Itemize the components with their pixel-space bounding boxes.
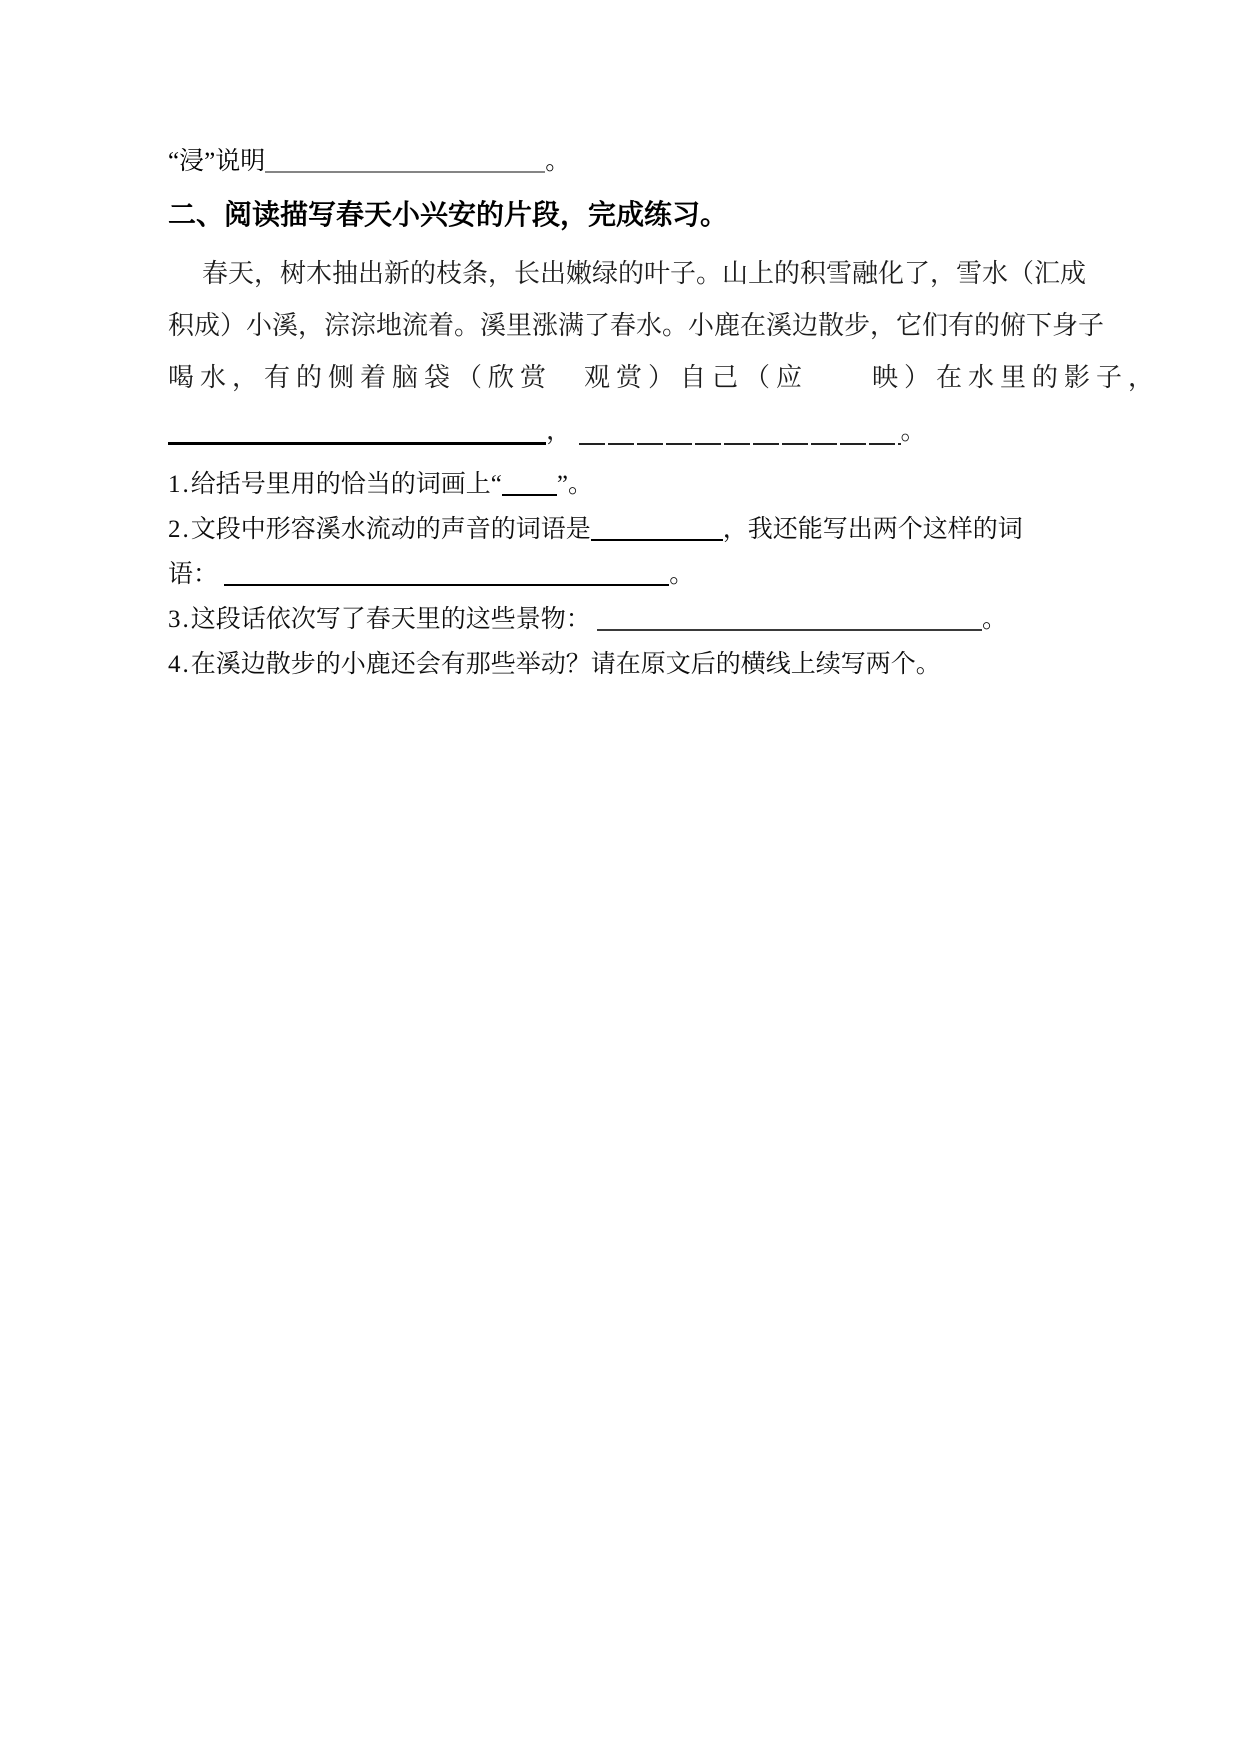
question-3: 3.这段话依次写了春天里的这些景物： 。	[168, 597, 1073, 642]
passage-line-1: 春天，树木抽出新的枝条，长出嫩绿的叶子。山上的积雪融化了，雪水（汇成	[168, 248, 1073, 300]
question-2-continued: 语： 。	[168, 552, 1073, 597]
question-2-text-after: ，我还能写出两个这样的词	[723, 516, 1023, 543]
question-4-text: 在溪边散步的小鹿还会有那些举动？请在原文后的横线上续写两个。	[191, 651, 941, 678]
question-3-blank	[597, 629, 982, 631]
section-heading: 二、阅读描写春天小兴安的片段，完成练习。	[168, 190, 1073, 240]
question-2-text: 文段中形容溪水流动的声音的词语是	[191, 516, 591, 543]
question-3-text: 这段话依次写了春天里的这些景物：	[191, 606, 591, 633]
question-2-cont-prefix: 语：	[168, 561, 218, 588]
reading-passage: 春天，树木抽出新的枝条，长出嫩绿的叶子。山上的积雪融化了，雪水（汇成 积成）小溪…	[168, 248, 1073, 458]
question-2-cont-blank	[224, 584, 669, 586]
passage-blank-1	[168, 442, 546, 445]
passage-blank-comma: ，	[546, 416, 572, 445]
intro-prefix-text: “浸”说明	[168, 148, 265, 175]
question-1-text-after: ”。	[557, 471, 593, 498]
passage-line-3: 喝水，有的侧着脑袋（欣赏 观赏）自己（应 映）在水里的影子，	[168, 352, 1073, 404]
passage-blank-period: 。	[901, 416, 927, 445]
question-1-number: 1.	[168, 471, 191, 498]
intro-period: 。	[545, 148, 570, 175]
worksheet-page: “浸”说明。 二、阅读描写春天小兴安的片段，完成练习。 春天，树木抽出新的枝条，…	[0, 0, 1241, 1754]
page-content: “浸”说明。 二、阅读描写春天小兴安的片段，完成练习。 春天，树木抽出新的枝条，…	[0, 0, 1241, 687]
question-4: 4.在溪边散步的小鹿还会有那些举动？请在原文后的横线上续写两个。	[168, 642, 1073, 687]
passage-blank-2	[579, 442, 901, 445]
question-2-blank	[591, 539, 723, 541]
question-4-number: 4.	[168, 651, 191, 678]
intro-fill-line: “浸”说明。	[168, 140, 1073, 184]
question-1-blank	[502, 494, 557, 496]
passage-line-2: 积成）小溪，淙淙地流着。溪里涨满了春水。小鹿在溪边散步，它们有的俯下身子	[168, 300, 1073, 352]
intro-answer-blank	[265, 171, 545, 173]
question-2-cont-period: 。	[669, 561, 694, 588]
question-2-number: 2.	[168, 516, 191, 543]
question-3-number: 3.	[168, 606, 191, 633]
question-3-period: 。	[982, 606, 1007, 633]
question-list: 1.给括号里用的恰当的词画上“”。 2.文段中形容溪水流动的声音的词语是，我还能…	[168, 462, 1073, 687]
question-1-text: 给括号里用的恰当的词画上“	[191, 471, 502, 498]
passage-continuation-blanks: ， 。	[168, 404, 1073, 458]
question-2: 2.文段中形容溪水流动的声音的词语是，我还能写出两个这样的词	[168, 507, 1073, 552]
question-1: 1.给括号里用的恰当的词画上“”。	[168, 462, 1073, 507]
